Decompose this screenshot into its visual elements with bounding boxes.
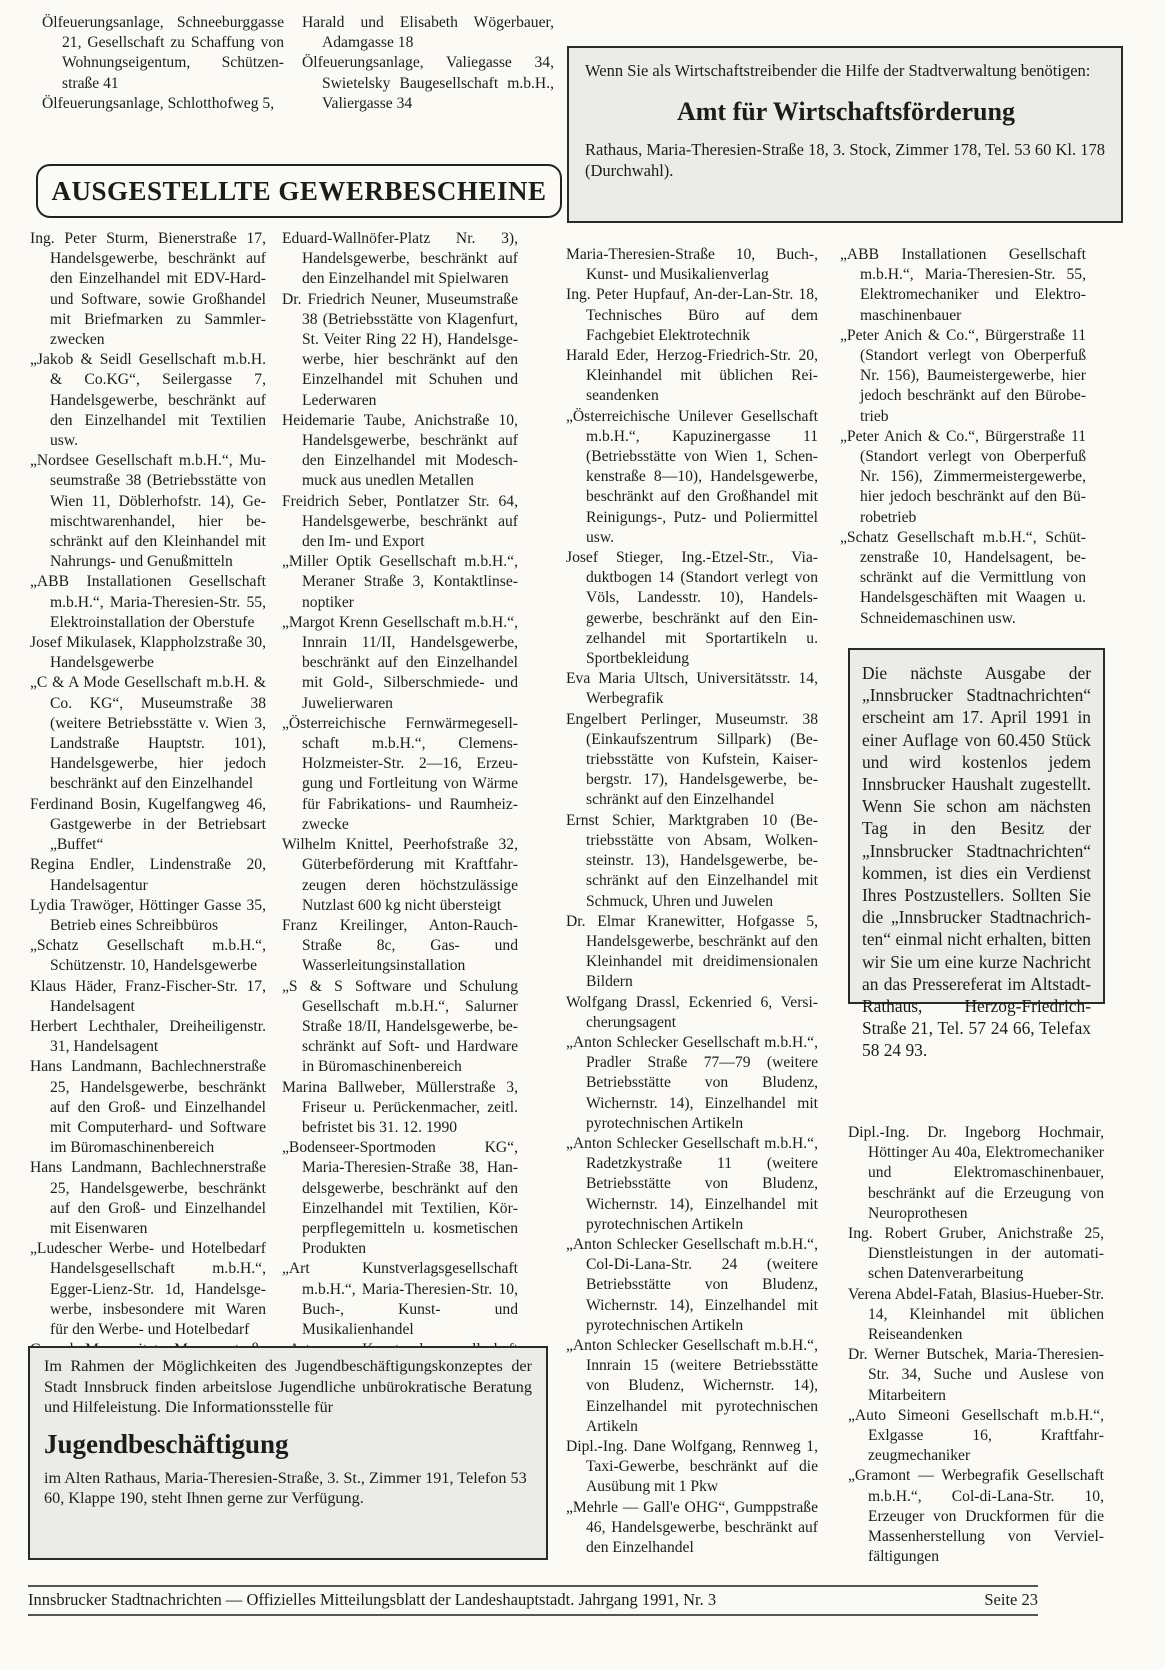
register-entry: „Österreichische Fernwärmegesell­schaft … [282,714,518,835]
register-entry: Ölfeuerungsanlage, Schlotthofweg 5, [42,94,284,114]
column-3: Maria-Theresien-Straße 10, Buch-, Kunst-… [566,245,818,1558]
register-entry: „Mehrle — Gall'e OHG“, Gumpp­straße 46, … [566,1498,818,1559]
register-entry: Eduard-Wallnöfer-Platz Nr. 3), Handelsge… [282,229,518,290]
column-4-top: „ABB Installationen Gesellschaft m.b.H.“… [840,245,1086,629]
register-entry: Lydia Trawöger, Höttinger Gasse 35, Betr… [30,896,266,936]
register-entry: Wolfgang Drassl, Eckenried 6, Versi­cher… [566,993,818,1033]
jugend-title: Jugendbeschäftigung [44,1428,532,1460]
wirtschaft-intro: Wenn Sie als Wirtschaftstreibender die H… [585,60,1107,81]
next-issue-text: Die nächste Ausgabe der „Innsbrucker Sta… [862,662,1091,1062]
register-entry: Josef Stieger, Ing.-Etzel-Str., Via­dukt… [566,548,818,669]
register-entry: „ABB Installationen Gesellschaft m.b.H.“… [840,245,1086,326]
jugend-intro: Im Rahmen der Möglichkeiten des Jugendbe… [44,1356,532,1418]
register-entry: Harald Eder, Herzog-Friedrich-Str. 20, K… [566,346,818,407]
wirtschaftsfoerderung-box: Wenn Sie als Wirtschaftstreibender die H… [567,46,1123,223]
register-entry: „Miller Optik Gesellschaft m.b.H.“, Mera… [282,552,518,613]
register-entry: Maria-Theresien-Straße 10, Buch-, Kunst-… [566,245,818,285]
register-entry: Franz Kreilinger, Anton-Rauch-Straße 8c,… [282,916,518,977]
top-left-column-b: Harald und Elisabeth Wögerbauer, Adamgas… [302,13,554,114]
register-entry: Josef Mikulasek, Klappholzstraße 30, Han… [30,633,266,673]
register-entry: Hans Landmann, Bachlechnerstraße 25, Han… [30,1158,266,1239]
register-entry: Marina Ballweber, Müllerstraße 3, Friseu… [282,1078,518,1139]
register-entry: Ölfeuerungsanlage, Valiegasse 34, Swiete… [302,53,554,114]
register-entry: Klaus Häder, Franz-Fischer-Str. 17, Hand… [30,977,266,1017]
column-4-bottom: Dipl.-Ing. Dr. Ingeborg Hochmair, Höttin… [848,1123,1104,1567]
jugend-address: im Alten Rathaus, Maria-Theresien-Straße… [44,1468,532,1509]
register-entry: Ölfeuerungsanlage, Schneeburggasse 21, G… [42,13,284,94]
register-entry: „Nordsee Gesellschaft m.b.H.“, Mu­seumst… [30,451,266,572]
register-entry: „Anton Schlecker Gesellschaft m.b.H.“, R… [566,1134,818,1235]
register-entry: „Peter Anich & Co.“, Bürgerstraße 11 (St… [840,427,1086,528]
register-entry: Heidemarie Taube, Anichstraße 10, Handel… [282,411,518,492]
jugendbeschaeftigung-box: Im Rahmen der Möglichkeiten des Jugendbe… [28,1346,548,1560]
register-entry: Dr. Werner Butschek, Maria-Theresien-Str… [848,1345,1104,1406]
register-entry: „Peter Anich & Co.“, Bürgerstraße 11 (St… [840,326,1086,427]
column-2: Eduard-Wallnöfer-Platz Nr. 3), Handelsge… [282,229,518,1381]
register-entry: „Österreichische Unilever Gesell­schaft … [566,407,818,548]
register-entry: „Anton Schlecker Gesellschaft m.b.H.“, I… [566,1336,818,1437]
register-entry: „Anton Schlecker Gesellschaft m.b.H.“, P… [566,1033,818,1134]
register-entry: Ernst Schier, Marktgraben 10 (Be­triebss… [566,811,818,912]
register-entry: Harald und Elisabeth Wögerbauer, Adamgas… [302,13,554,53]
register-entry: „Anton Schlecker Gesellschaft m.b.H.“, C… [566,1235,818,1336]
register-entry: „Jakob & Seidl Gesellschaft m.b.H. & Co.… [30,350,266,451]
footer-publication: Innsbrucker Stadtnachrichten — Offiziell… [28,1589,716,1611]
register-entry: „Schatz Gesellschaft m.b.H.“, Schützenst… [30,936,266,976]
register-entry: „S & S Software und Schulung Gesell­scha… [282,977,518,1078]
section-heading-gewerbescheine: AUSGESTELLTE GEWERBESCHEINE [36,164,562,218]
register-entry: Dipl.-Ing. Dane Wolfgang, Rennweg 1, Tax… [566,1437,818,1498]
register-entry: „C & A Mode Gesellschaft m.b.H. & Co. KG… [30,673,266,794]
column-1: Ing. Peter Sturm, Bienerstraße 17, Hande… [30,229,266,1381]
register-entry: „Bodenseer-Sportmoden KG“, Maria-Theresi… [282,1138,518,1259]
register-entry: Hans Landmann, Bachlechnerstraße 25, Han… [30,1057,266,1158]
register-entry: „Schatz Gesellschaft m.b.H.“, Schüt­zens… [840,528,1086,629]
section-heading-text: AUSGESTELLTE GEWERBESCHEINE [52,181,547,201]
footer-page-number: Seite 23 [984,1589,1038,1611]
register-entry: Regina Endler, Lindenstraße 20, Handelsa… [30,855,266,895]
register-entry: Ing. Peter Hupfauf, An-der-Lan-Str. 18, … [566,285,818,346]
register-entry: Wilhelm Knittel, Peerhofstraße 32, Güter… [282,835,518,916]
register-entry: Engelbert Perlinger, Museumstr. 38 (Eink… [566,710,818,811]
top-left-column-a: Ölfeuerungsanlage, Schneeburggasse 21, G… [42,13,284,114]
register-entry: Freidrich Seber, Pontlatzer Str. 64, Han… [282,492,518,553]
register-entry: „Margot Krenn Gesellschaft m.b.H.“, Innr… [282,613,518,714]
register-entry: Dr. Elmar Kranewitter, Hofgasse 5, Hande… [566,912,818,993]
register-entry: „Art Kunstverlagsgesellschaft m.b.H.“, M… [282,1259,518,1340]
register-entry: „Ludescher Werbe- und Hotelbedarf Handel… [30,1239,266,1340]
register-entry: Ing. Robert Gruber, Anichstraße 25, Dien… [848,1224,1104,1285]
register-entry: Herbert Lechthaler, Dreiheiligenstr. 31,… [30,1017,266,1057]
register-entry: „Auto Simeoni Gesellschaft m.b.H.“, Exlg… [848,1406,1104,1467]
register-entry: Dipl.-Ing. Dr. Ingeborg Hochmair, Höttin… [848,1123,1104,1224]
register-entry: Ing. Peter Sturm, Bienerstraße 17, Hande… [30,229,266,350]
register-entry: Verena Abdel-Fatah, Blasius-Hueber-Str. … [848,1285,1104,1346]
register-entry: Dr. Friedrich Neuner, Museumstraße 38 (B… [282,290,518,411]
wirtschaft-title: Amt für Wirtschaftsförderung [585,97,1107,127]
register-entry: „ABB Installationen Gesellschaft m.b.H.“… [30,572,266,633]
register-entry: Eva Maria Ultsch, Universitätsstr. 14, W… [566,669,818,709]
page-footer: Innsbrucker Stadtnachrichten — Offiziell… [28,1585,1038,1616]
register-entry: „Gramont — Werbegrafik Gesell­schaft m.b… [848,1466,1104,1567]
wirtschaft-address: Rathaus, Maria-Theresien-Straße 18, 3. S… [585,139,1107,181]
next-issue-box: Die nächste Ausgabe der „Innsbrucker Sta… [848,648,1105,1004]
register-entry: Ferdinand Bosin, Kugelfangweg 46, Gastge… [30,795,266,856]
